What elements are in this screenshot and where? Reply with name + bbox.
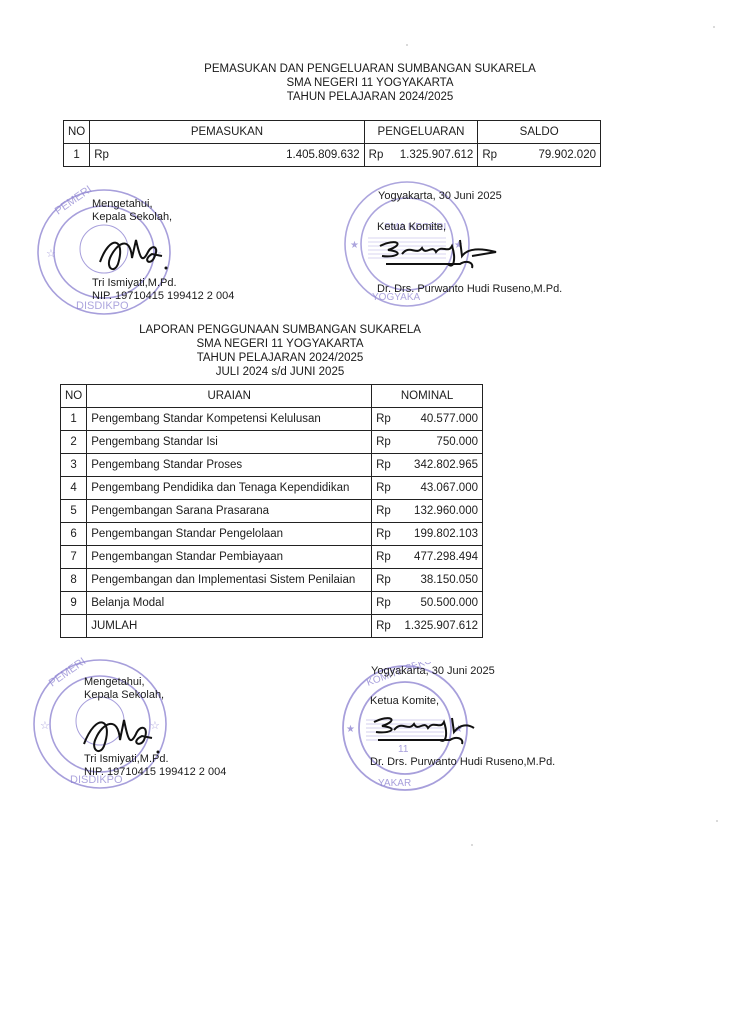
header-no: NO [61, 385, 87, 408]
row-nominal: 199.802.103 [398, 523, 483, 546]
currency: Rp [372, 615, 398, 638]
signature-icon [370, 712, 480, 750]
headmaster-name: Tri Ismiyati,M.Pd. [92, 277, 234, 290]
total-row: JUMLAHRp1.325.907.612 [61, 615, 483, 638]
summary-title-line-2: SMA NEGERI 11 YOGYAKARTA [150, 76, 590, 90]
svg-text:YAKAR: YAKAR [378, 778, 411, 789]
sig1-left: Mengetahui, Kepala Sekolah, [92, 198, 172, 224]
currency: Rp [90, 144, 113, 167]
summary-title: PEMASUKAN DAN PENGELUARAN SUMBANGAN SUKA… [150, 62, 590, 104]
sig2-left: Mengetahui, Kepala Sekolah, [84, 676, 164, 702]
currency: Rp [372, 500, 398, 523]
row-uraian: Pengembangan Standar Pengelolaan [87, 523, 372, 546]
sig2-committee-role: Ketua Komite, [370, 695, 439, 708]
row-nominal: 477.298.494 [398, 546, 483, 569]
table-row: 5Pengembangan Sarana PrasaranaRp132.960.… [61, 500, 483, 523]
row-no: 8 [61, 569, 87, 592]
headmaster-nip: NIP. 19710415 199412 2 004 [84, 766, 226, 779]
row-no: 1 [61, 408, 87, 431]
currency: Rp [372, 477, 398, 500]
currency: Rp [372, 592, 398, 615]
table-row: 2Pengembang Standar IsiRp750.000 [61, 431, 483, 454]
scan-speck [406, 44, 408, 46]
currency: Rp [372, 431, 398, 454]
row-uraian: Pengembangan dan Implementasi Sistem Pen… [87, 569, 372, 592]
sig1-left-name-block: Tri Ismiyati,M.Pd. NIP. 19710415 199412 … [92, 277, 234, 303]
currency: Rp [372, 546, 398, 569]
row-uraian: Pengembang Standar Kompetensi Kelulusan [87, 408, 372, 431]
table-row: 6Pengembangan Standar PengelolaanRp199.8… [61, 523, 483, 546]
table-row: 8Pengembangan dan Implementasi Sistem Pe… [61, 569, 483, 592]
row-nominal: 38.150.050 [398, 569, 483, 592]
row-nominal: 40.577.000 [398, 408, 483, 431]
sig1-place-date: Yogyakarta, 30 Juni 2025 [378, 190, 502, 203]
table-row: 9Belanja ModalRp50.500.000 [61, 592, 483, 615]
row-nominal: 342.802.965 [398, 454, 483, 477]
row-nominal: 750.000 [398, 431, 483, 454]
summary-title-line-3: TAHUN PELAJARAN 2024/2025 [150, 90, 590, 104]
pemasukan-value: 1.405.809.632 [113, 144, 364, 167]
currency: Rp [478, 144, 504, 167]
sig2-left-name-block: Tri Ismiyati,M.Pd. NIP. 19710415 199412 … [84, 753, 226, 779]
row-uraian: Pengembangan Sarana Prasarana [87, 500, 372, 523]
row-no: 1 [64, 144, 90, 167]
sig1-committee-name: Dr. Drs. Purwanto Hudi Ruseno,M.Pd. [377, 283, 562, 296]
sig-mengetahui: Mengetahui, [84, 676, 164, 689]
table-row: 7Pengembangan Standar PembiayaanRp477.29… [61, 546, 483, 569]
saldo-value: 79.902.020 [504, 144, 601, 167]
header-pengeluaran: PENGELUARAN [364, 121, 478, 144]
table-row: 4Pengembang Pendidika dan Tenaga Kependi… [61, 477, 483, 500]
usage-table: NO URAIAN NOMINAL 1Pengembang Standar Ko… [60, 384, 483, 638]
row-nominal: 50.500.000 [398, 592, 483, 615]
usage-title-line-4: JULI 2024 s/d JUNI 2025 [120, 365, 440, 379]
row-no: 4 [61, 477, 87, 500]
summary-table-header: NO PEMASUKAN PENGELUARAN SALDO [64, 121, 601, 144]
total-label: JUMLAH [87, 615, 372, 638]
header-no: NO [64, 121, 90, 144]
total-value: 1.325.907.612 [398, 615, 483, 638]
headmaster-name: Tri Ismiyati,M.Pd. [84, 753, 226, 766]
row-no: 2 [61, 431, 87, 454]
total-no [61, 615, 87, 638]
summary-title-line-1: PEMASUKAN DAN PENGELUARAN SUMBANGAN SUKA… [150, 62, 590, 76]
row-no: 5 [61, 500, 87, 523]
row-no: 3 [61, 454, 87, 477]
svg-text:☆: ☆ [40, 720, 50, 732]
row-uraian: Pengembangan Standar Pembiayaan [87, 546, 372, 569]
pengeluaran-value: 1.325.907.612 [390, 144, 478, 167]
header-nominal: NOMINAL [372, 385, 483, 408]
summary-table: NO PEMASUKAN PENGELUARAN SALDO 1 Rp 1.40… [63, 120, 601, 167]
row-nominal: 43.067.000 [398, 477, 483, 500]
sig2-place-date: Yogyakarta, 30 Juni 2025 [371, 665, 495, 678]
table-row: 3Pengembang Standar ProsesRp342.802.965 [61, 454, 483, 477]
svg-text:★: ★ [350, 240, 359, 251]
row-uraian: Pengembang Pendidika dan Tenaga Kependid… [87, 477, 372, 500]
currency: Rp [372, 408, 398, 431]
usage-table-header: NO URAIAN NOMINAL [61, 385, 483, 408]
header-uraian: URAIAN [87, 385, 372, 408]
sig2-committee-name: Dr. Drs. Purwanto Hudi Ruseno,M.Pd. [370, 756, 555, 769]
currency: Rp [372, 454, 398, 477]
headmaster-nip: NIP. 19710415 199412 2 004 [92, 290, 234, 303]
header-pemasukan: PEMASUKAN [90, 121, 364, 144]
table-row: 1Pengembang Standar Kompetensi Kelulusan… [61, 408, 483, 431]
row-nominal: 132.960.000 [398, 500, 483, 523]
currency: Rp [364, 144, 390, 167]
svg-text:PEMERI: PEMERI [47, 655, 88, 689]
signature-icon [96, 228, 176, 278]
row-no: 7 [61, 546, 87, 569]
scan-speck [471, 844, 473, 846]
row-no: 6 [61, 523, 87, 546]
svg-text:☆: ☆ [46, 248, 56, 260]
svg-text:PEMERI: PEMERI [53, 185, 94, 217]
svg-text:★: ★ [346, 724, 355, 735]
usage-title-line-1: LAPORAN PENGGUNAAN SUMBANGAN SUKARELA [120, 323, 440, 337]
sig-kepala-sekolah: Kepala Sekolah, [92, 211, 172, 224]
scan-speck [716, 820, 718, 822]
row-uraian: Pengembang Standar Isi [87, 431, 372, 454]
sig-mengetahui: Mengetahui, [92, 198, 172, 211]
sig1-committee-role: Ketua Komite, [377, 221, 446, 234]
header-saldo: SALDO [478, 121, 601, 144]
row-uraian: Pengembang Standar Proses [87, 454, 372, 477]
row-uraian: Belanja Modal [87, 592, 372, 615]
currency: Rp [372, 569, 398, 592]
sig-kepala-sekolah: Kepala Sekolah, [84, 689, 164, 702]
usage-report-title: LAPORAN PENGGUNAAN SUMBANGAN SUKARELA SM… [120, 323, 440, 379]
usage-title-line-2: SMA NEGERI 11 YOGYAKARTA [120, 337, 440, 351]
usage-title-line-3: TAHUN PELAJARAN 2024/2025 [120, 351, 440, 365]
signature-icon [376, 234, 506, 274]
table-row: 1 Rp 1.405.809.632 Rp 1.325.907.612 Rp 7… [64, 144, 601, 167]
row-no: 9 [61, 592, 87, 615]
scan-speck [713, 26, 715, 28]
currency: Rp [372, 523, 398, 546]
